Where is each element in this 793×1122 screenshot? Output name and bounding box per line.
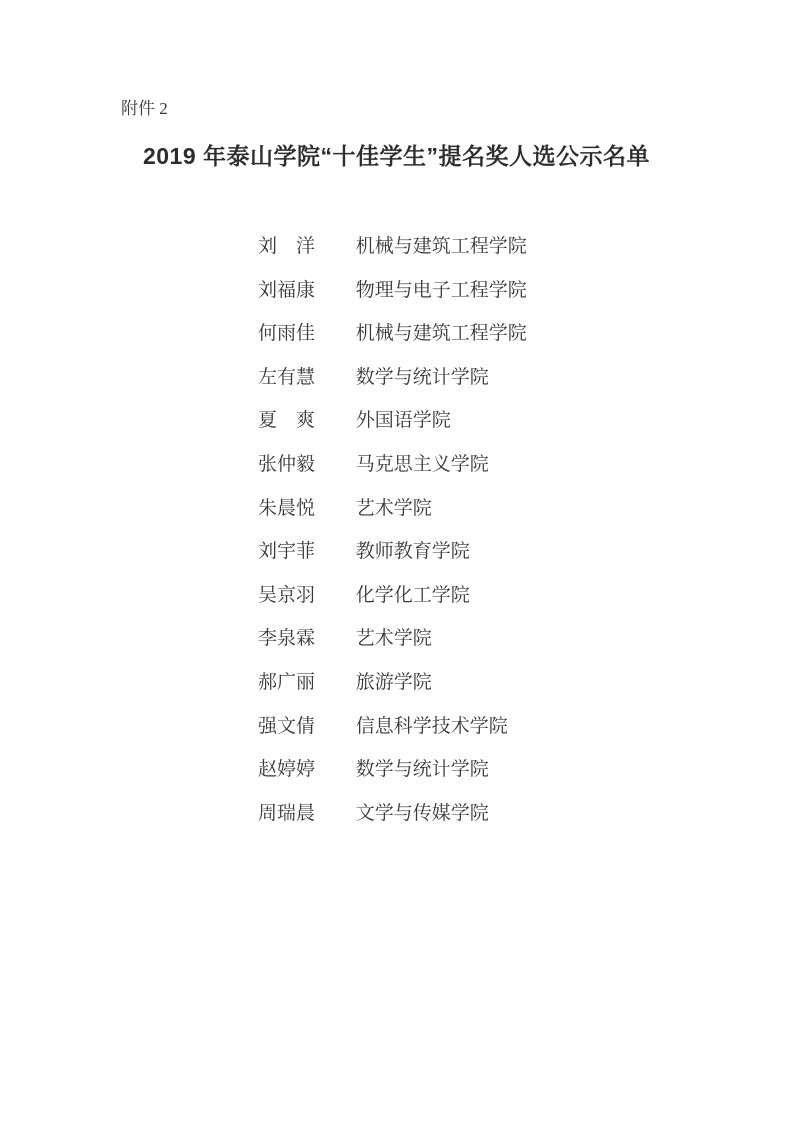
student-name: 周瑞晨 <box>258 792 351 836</box>
student-name: 强文倩 <box>258 705 351 749</box>
student-name: 刘 洋 <box>258 225 351 269</box>
page-title: 2019 年泰山学院“十佳学生”提名奖人选公示名单 <box>0 141 793 172</box>
student-name: 张仲毅 <box>258 443 351 487</box>
student-name: 刘宇菲 <box>258 530 351 574</box>
student-name: 何雨佳 <box>258 312 351 356</box>
student-name: 刘福康 <box>258 269 351 313</box>
list-item: 郝广丽 旅游学院 <box>258 661 527 705</box>
student-name: 吴京羽 <box>258 574 351 618</box>
list-item: 刘宇菲 教师教育学院 <box>258 530 527 574</box>
college-name: 艺术学院 <box>356 617 432 661</box>
college-name: 旅游学院 <box>356 661 432 705</box>
list-item: 赵婷婷 数学与统计学院 <box>258 748 527 792</box>
list-item: 强文倩 信息科学技术学院 <box>258 705 527 749</box>
college-name: 文学与传媒学院 <box>356 792 489 836</box>
list-item: 夏 爽 外国语学院 <box>258 399 527 443</box>
student-name: 赵婷婷 <box>258 748 351 792</box>
college-name: 数学与统计学院 <box>356 748 489 792</box>
college-name: 马克思主义学院 <box>356 443 489 487</box>
student-name: 朱晨悦 <box>258 487 351 531</box>
college-name: 外国语学院 <box>356 399 451 443</box>
document-page: 附件 2 2019 年泰山学院“十佳学生”提名奖人选公示名单 刘 洋 机械与建筑… <box>0 0 793 1122</box>
list-item: 张仲毅 马克思主义学院 <box>258 443 527 487</box>
college-name: 艺术学院 <box>356 487 432 531</box>
list-item: 朱晨悦 艺术学院 <box>258 487 527 531</box>
list-item: 刘 洋 机械与建筑工程学院 <box>258 225 527 269</box>
student-name: 李泉霖 <box>258 617 351 661</box>
student-name: 郝广丽 <box>258 661 351 705</box>
list-item: 李泉霖 艺术学院 <box>258 617 527 661</box>
nominee-list: 刘 洋 机械与建筑工程学院 刘福康 物理与电子工程学院 何雨佳 机械与建筑工程学… <box>258 225 527 835</box>
list-item: 周瑞晨 文学与传媒学院 <box>258 792 527 836</box>
list-item: 何雨佳 机械与建筑工程学院 <box>258 312 527 356</box>
college-name: 机械与建筑工程学院 <box>356 225 527 269</box>
student-name: 夏 爽 <box>258 399 351 443</box>
college-name: 教师教育学院 <box>356 530 470 574</box>
student-name: 左有慧 <box>258 356 351 400</box>
list-item: 刘福康 物理与电子工程学院 <box>258 269 527 313</box>
attachment-label: 附件 2 <box>121 97 168 121</box>
list-item: 左有慧 数学与统计学院 <box>258 356 527 400</box>
college-name: 化学化工学院 <box>356 574 470 618</box>
college-name: 机械与建筑工程学院 <box>356 312 527 356</box>
list-item: 吴京羽 化学化工学院 <box>258 574 527 618</box>
college-name: 数学与统计学院 <box>356 356 489 400</box>
college-name: 物理与电子工程学院 <box>356 269 527 313</box>
college-name: 信息科学技术学院 <box>356 705 508 749</box>
